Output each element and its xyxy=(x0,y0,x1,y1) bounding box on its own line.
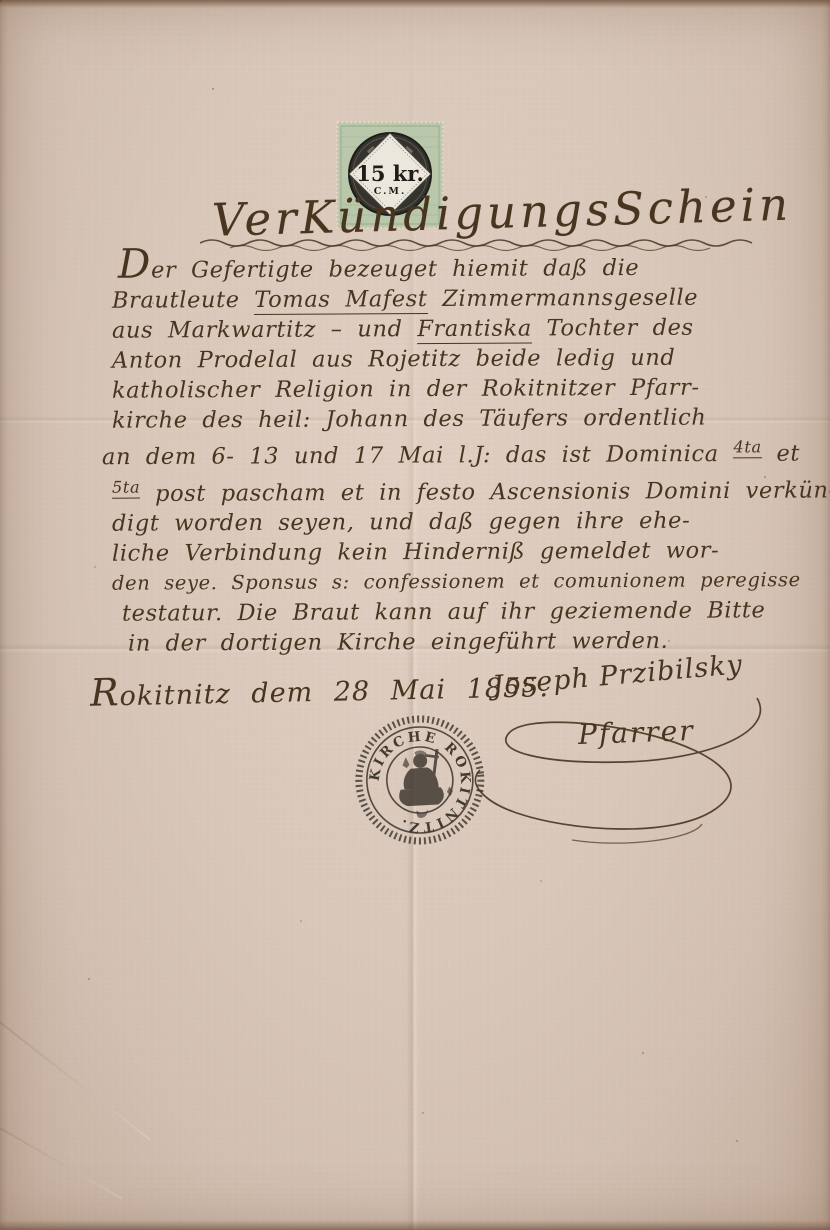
title-underline-flourish xyxy=(200,234,766,254)
handwriting-segment: et xyxy=(762,441,800,467)
underlined-name: 5ta xyxy=(112,477,140,498)
handwriting-segment: Tochter des xyxy=(532,315,694,342)
handwriting-line: 5ta post pascham et in festo Ascensionis… xyxy=(112,469,764,509)
handwriting-line: aus Markwartitz – und Frantiska Tochter … xyxy=(112,312,764,345)
underlined-name: Frantiska xyxy=(417,316,532,345)
handwriting-segment: digt worden seyen, und daß gegen ihre eh… xyxy=(112,508,690,537)
handwriting-segment: Brautleute xyxy=(112,287,254,314)
underlined-name: 4ta xyxy=(733,437,761,458)
handwriting-line: Anton Prodelal aus Rojetitz beide ledig … xyxy=(112,342,764,375)
handwriting-segment: aus Markwartitz – und xyxy=(112,316,417,344)
church-seal: KIRCHE ROKITNITZ. xyxy=(328,707,511,857)
underlined-name: Tomas Mafest xyxy=(254,286,427,315)
handwriting-segment: Der Gefertigte bezeuget hiemit daß die xyxy=(118,255,639,284)
handwriting-line: an dem 6- 13 und 17 Mai l.J: das ist Dom… xyxy=(102,432,764,472)
handwriting-segment: kirche des heil: Johann des Täufers orde… xyxy=(112,405,707,434)
handwriting-segment: Anton Prodelal aus Rojetitz beide ledig … xyxy=(112,345,676,374)
handwriting-line: den seye. Sponsus s: confessionem et com… xyxy=(112,565,764,598)
handwriting-segment: testatur. Die Braut kann auf ihr gezieme… xyxy=(122,597,766,626)
stamp-denomination: 15 kr. xyxy=(356,161,424,186)
handwriting-line: Brautleute Tomas Mafest Zimmermannsgesel… xyxy=(112,282,764,315)
handwriting-segment: den seye. Sponsus s: confessionem et com… xyxy=(112,568,801,595)
handwriting-line: katholischer Religion in der Rokitnitzer… xyxy=(112,372,764,405)
paper-bottom-edge xyxy=(0,1220,830,1230)
body-text: Der Gefertigte bezeuget hiemit daß dieBr… xyxy=(112,250,764,657)
signer-role: Pfarrer xyxy=(577,714,695,751)
handwriting-line: digt worden seyen, und daß gegen ihre eh… xyxy=(112,505,764,538)
handwriting-line: in der dortigen Kirche eingeführt werden… xyxy=(128,625,764,658)
handwriting-segment: post pascham et in festo Ascensionis Dom… xyxy=(140,477,830,507)
handwriting-line: kirche des heil: Johann des Täufers orde… xyxy=(112,402,764,435)
paper-top-edge xyxy=(0,0,830,8)
handwriting-segment: in der dortigen Kirche eingeführt werden… xyxy=(128,628,669,657)
handwriting-segment: an dem 6- 13 und 17 Mai l.J: das ist Dom… xyxy=(102,441,734,470)
handwriting-line: testatur. Die Braut kann auf ihr gezieme… xyxy=(122,595,764,628)
handwriting-segment: liche Verbindung kein Hinderniß gemeldet… xyxy=(112,538,719,567)
handwriting-segment: Zimmermannsgeselle xyxy=(427,285,698,312)
handwriting-segment: katholischer Religion in der Rokitnitzer… xyxy=(112,375,700,404)
handwriting-line: liche Verbindung kein Hinderniß gemeldet… xyxy=(112,535,764,568)
